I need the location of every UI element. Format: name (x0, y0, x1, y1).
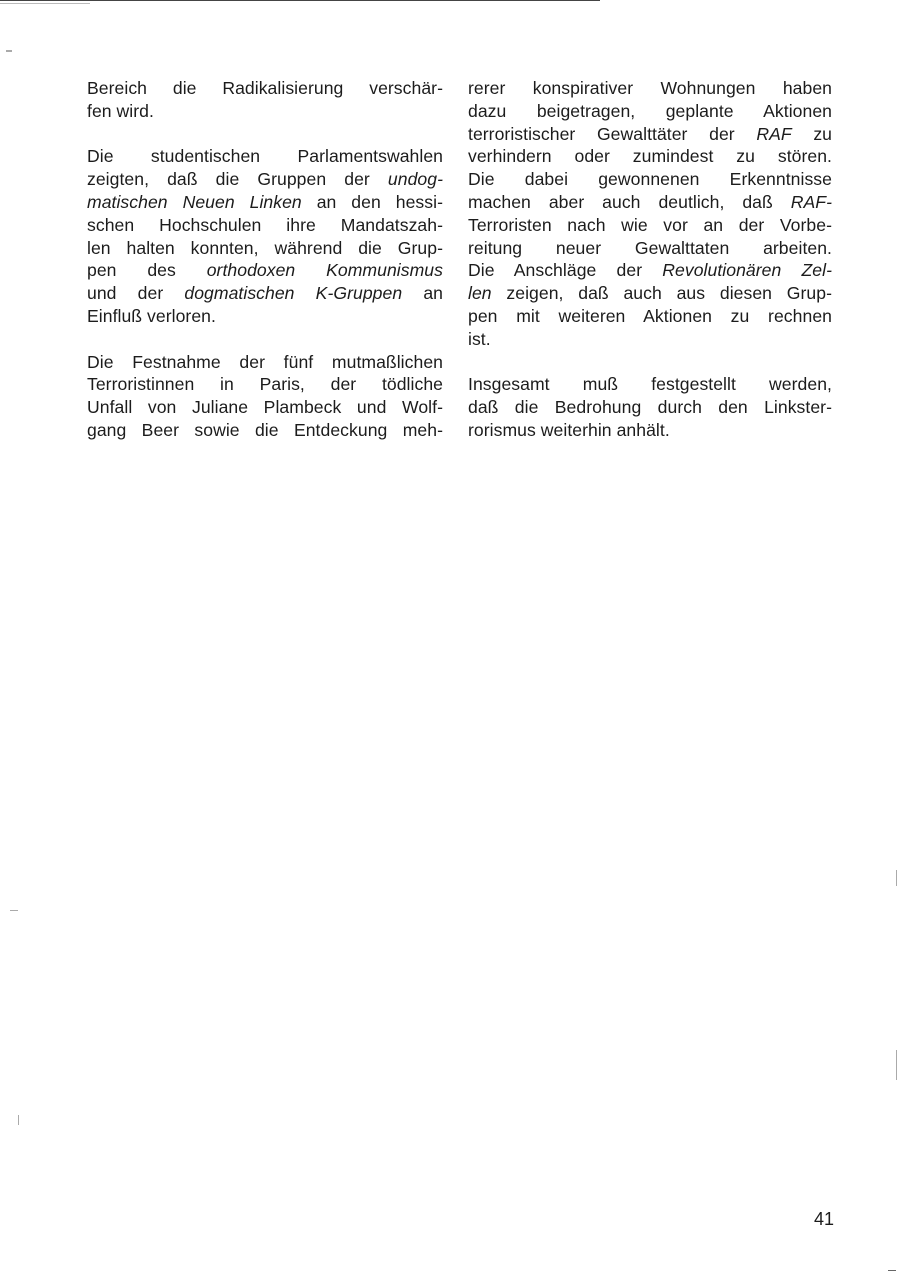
text-line: Die Festnahme der fünf mutmaßlichen (87, 351, 443, 374)
text-segment: gang Beer sowie die Entdeckung meh- (87, 420, 443, 440)
text-segment: Die Festnahme der fünf mutmaßlichen (87, 352, 443, 372)
text-line: len zeigen, daß auch aus diesen Grup- (468, 282, 832, 305)
text-segment: zu (792, 124, 832, 144)
italic-term: len (468, 283, 492, 303)
text-line: Die studentischen Parlamentswahlen (87, 145, 443, 168)
text-segment: fen wird. (87, 101, 154, 121)
text-segment: an den hessi- (302, 192, 443, 212)
paragraph: Insgesamt muß festgestellt werden,daß di… (468, 373, 832, 441)
text-segment: rorismus weiterhin anhält. (468, 420, 670, 440)
scan-speck (888, 1270, 896, 1271)
text-segment: zeigen, daß auch aus diesen Grup- (492, 283, 832, 303)
text-segment: Einfluß verloren. (87, 306, 216, 326)
text-line: machen aber auch deutlich, daß RAF- (468, 191, 832, 214)
text-segment: Insgesamt muß festgestellt werden, (468, 374, 832, 394)
text-segment: len halten konnten, während die Grup- (87, 238, 443, 258)
text-line: len halten konnten, während die Grup- (87, 237, 443, 260)
text-line: schen Hochschulen ihre Mandatszah- (87, 214, 443, 237)
text-line: fen wird. (87, 100, 443, 123)
text-segment: machen aber auch deutlich, daß (468, 192, 791, 212)
text-line: gang Beer sowie die Entdeckung meh- (87, 419, 443, 442)
italic-term: RAF (756, 124, 791, 144)
scan-speck (896, 1050, 897, 1080)
text-line: rerer konspirativer Wohnungen haben (468, 77, 832, 100)
scan-speck (18, 1115, 19, 1125)
text-segment: reitung neuer Gewalttaten arbeiten. (468, 238, 832, 258)
text-segment: Terroristinnen in Paris, der tödliche (87, 374, 443, 394)
right-text-column: rerer konspirativer Wohnungen habendazu … (468, 77, 832, 442)
text-line: Die dabei gewonnenen Erkenntnisse (468, 168, 832, 191)
text-line: Unfall von Juliane Plambeck und Wolf- (87, 396, 443, 419)
italic-term: undog- (388, 169, 443, 189)
page-number: 41 (814, 1209, 834, 1230)
paragraph: Die studentischen Parlamentswahlenzeigte… (87, 145, 443, 327)
left-text-column: Bereich die Radikalisierung verschär-fen… (87, 77, 443, 442)
text-line: dazu beigetragen, geplante Aktionen (468, 100, 832, 123)
text-segment: Die dabei gewonnenen Erkenntnisse (468, 169, 832, 189)
text-line: pen mit weiteren Aktionen zu rechnen (468, 305, 832, 328)
paragraph: Die Festnahme der fünf mutmaßlichenTerro… (87, 351, 443, 442)
text-segment: Bereich die Radikalisierung verschär- (87, 78, 443, 98)
italic-term: matischen Neuen Linken (87, 192, 302, 212)
scan-speck (6, 50, 12, 52)
text-line: verhindern oder zumindest zu stören. (468, 145, 832, 168)
text-line: zeigten, daß die Gruppen der undog- (87, 168, 443, 191)
text-segment: Die Anschläge der (468, 260, 662, 280)
top-border-rule (0, 0, 600, 1)
scan-speck (10, 910, 18, 911)
text-line: pen des orthodoxen Kommunismus (87, 259, 443, 282)
text-line: Die Anschläge der Revolutionären Zel- (468, 259, 832, 282)
text-line: reitung neuer Gewalttaten arbeiten. (468, 237, 832, 260)
italic-term: orthodoxen Kommunismus (207, 260, 443, 280)
text-line: ist. (468, 328, 832, 351)
text-segment: Terroristen nach wie vor an der Vorbe- (468, 215, 832, 235)
text-segment: pen mit weiteren Aktionen zu rechnen (468, 306, 832, 326)
text-segment: rerer konspirativer Wohnungen haben (468, 78, 832, 98)
text-segment: schen Hochschulen ihre Mandatszah- (87, 215, 443, 235)
paragraph: Bereich die Radikalisierung verschär-fen… (87, 77, 443, 123)
text-segment: dazu beigetragen, geplante Aktionen (468, 101, 832, 121)
italic-term: Revolutionären Zel- (662, 260, 832, 280)
text-line: und der dogmatischen K-Gruppen an (87, 282, 443, 305)
text-segment: terroristischer Gewalttäter der (468, 124, 756, 144)
text-segment: verhindern oder zumindest zu stören. (468, 146, 832, 166)
paragraph: rerer konspirativer Wohnungen habendazu … (468, 77, 832, 351)
text-line: matischen Neuen Linken an den hessi- (87, 191, 443, 214)
text-line: Bereich die Radikalisierung verschär- (87, 77, 443, 100)
text-segment: an (402, 283, 443, 303)
text-line: rorismus weiterhin anhält. (468, 419, 832, 442)
text-line: Terroristinnen in Paris, der tödliche (87, 373, 443, 396)
text-line: terroristischer Gewalttäter der RAF zu (468, 123, 832, 146)
italic-term: dogmatischen K-Gruppen (184, 283, 402, 303)
text-segment: ist. (468, 329, 491, 349)
text-line: daß die Bedrohung durch den Linkster- (468, 396, 832, 419)
scan-speck (896, 870, 897, 886)
text-segment: zeigten, daß die Gruppen der (87, 169, 388, 189)
text-segment: und der (87, 283, 184, 303)
text-line: Terroristen nach wie vor an der Vorbe- (468, 214, 832, 237)
italic-term: RAF- (791, 192, 832, 212)
text-segment: Unfall von Juliane Plambeck und Wolf- (87, 397, 443, 417)
text-line: Insgesamt muß festgestellt werden, (468, 373, 832, 396)
scan-artifact-rule (0, 3, 90, 4)
text-segment: pen des (87, 260, 207, 280)
text-segment: daß die Bedrohung durch den Linkster- (468, 397, 832, 417)
text-segment: Die studentischen Parlamentswahlen (87, 146, 443, 166)
text-line: Einfluß verloren. (87, 305, 443, 328)
